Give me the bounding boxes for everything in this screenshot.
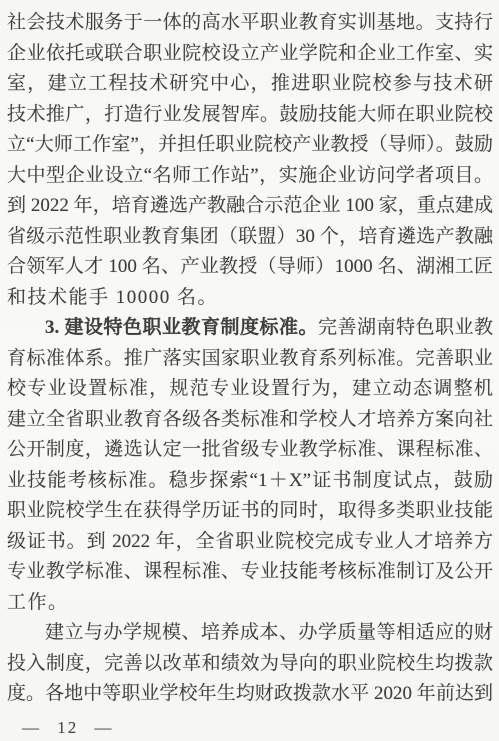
text-line: 省级示范性职业教育集团（联盟）30 个，培育遴选产教融 xyxy=(7,222,493,253)
text-line: 到 2022 年，培育遴选产教融合示范企业 100 家，重点建成 xyxy=(7,191,493,222)
text-line: 专业教学标准、课程标准、专业技能考核标准制订及公开 xyxy=(7,557,493,588)
text-line: 业技能考核标准。稳步探索“1＋X”证书制度试点，鼓励 xyxy=(7,466,493,497)
section-heading: 3. 建设特色职业教育制度标准。 xyxy=(45,317,318,338)
text-line: 社会技术服务于一体的高水平职业教育实训基地。支持行业 xyxy=(7,8,493,39)
section-heading-tail: 完善湖南特色职业教 xyxy=(318,317,493,338)
text-line: 室，建立工程技术研究中心，推进职业院校参与技术研发、 xyxy=(7,69,493,100)
text-line: 合领军人才 100 名、产业教授（导师）1000 名、湖湘工匠 xyxy=(7,252,493,283)
text-line: 投入制度，完善以改革和绩效为导向的职业院校生均拨款制 xyxy=(7,649,493,680)
paragraph-end-line: 工作。 xyxy=(7,588,493,619)
body-text: 社会技术服务于一体的高水平职业教育实训基地。支持行业 企业依托或联合职业院校设立… xyxy=(7,8,493,710)
text-line: 立“大师工作室”，并担任职业院校产业教授（导师）。鼓励 xyxy=(7,130,493,161)
paragraph-start-line: 建立与办学规模、培养成本、办学质量等相适应的财政 xyxy=(7,618,493,649)
page-number: — 12 — xyxy=(7,717,493,739)
text-line: 大中型企业设立“名师工作站”，实施企业访问学者项目。 xyxy=(7,161,493,192)
text-line: 育标准体系。推广落实国家职业教育系列标准。完善职业院 xyxy=(7,344,493,375)
text-line: 公开制度，遴选认定一批省级专业教学标准、课程标准、专 xyxy=(7,435,493,466)
section-heading-line: 3. 建设特色职业教育制度标准。完善湖南特色职业教 xyxy=(7,313,493,344)
text-line: 企业依托或联合职业院校设立产业学院和企业工作室、实验 xyxy=(7,39,493,70)
text-line: 校专业设置标准，规范专业设置行为，建立动态调整机制。 xyxy=(7,374,493,405)
text-line: 级证书。到 2022 年，全省职业院校完成专业人才培养方案、 xyxy=(7,527,493,558)
paragraph-end-line: 和技术能手 10000 名。 xyxy=(7,283,493,314)
text-line: 建立全省职业教育各级各类标准和学校人才培养方案向社会 xyxy=(7,405,493,436)
document-page: 社会技术服务于一体的高水平职业教育实训基地。支持行业 企业依托或联合职业院校设立… xyxy=(0,0,499,741)
text-line: 职业院校学生在获得学历证书的同时，取得多类职业技能等 xyxy=(7,496,493,527)
text-line: 度。各地中等职业学校年生均财政拨款水平 2020 年前达到 xyxy=(7,679,493,710)
text-line: 技术推广，打造行业发展智库。鼓励技能大师在职业院校设 xyxy=(7,100,493,131)
